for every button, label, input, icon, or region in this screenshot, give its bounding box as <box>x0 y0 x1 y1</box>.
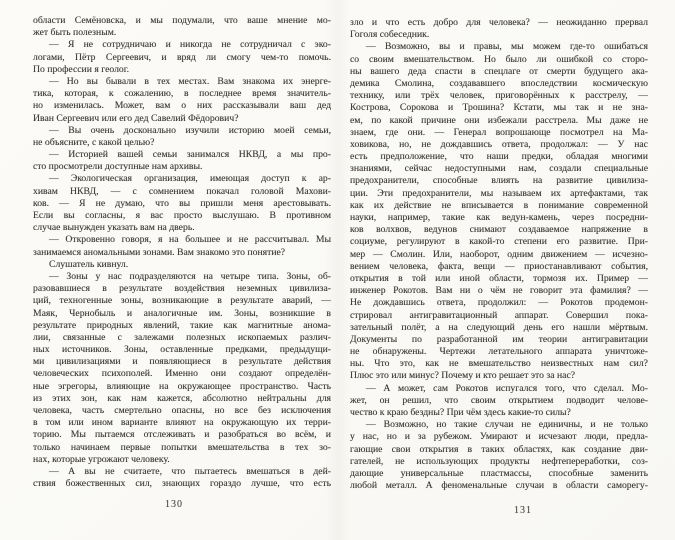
text-line: ем, по какой причине они избежали расстр… <box>350 115 648 127</box>
text-line: вением человека, факта, вещи — приостана… <box>350 261 648 273</box>
text-line: зло и что есть добро для человека? — нео… <box>350 17 648 29</box>
text-line: — Экологическая организация, имеющая дос… <box>33 173 331 185</box>
text-line: любой металл. А феноменальные случаи в о… <box>350 480 648 492</box>
text-line: чество к краю бездны? При чём здесь каки… <box>350 407 648 419</box>
text-line: — Зоны у нас подразделяются на четыре ти… <box>33 271 331 283</box>
text-line: Документы по разработанной им теории ант… <box>350 334 648 346</box>
text-line: По профессии я геолог. <box>33 64 331 76</box>
text-line: — Возможно, но такие случаи не единичны,… <box>350 419 648 431</box>
text-line: социуме, регулируют в какой-то степени е… <box>350 236 648 248</box>
text-line: ные эгрегоры, влияющие на окружающее про… <box>33 381 331 393</box>
text-line: человеческих психополей. Именно они созд… <box>33 368 331 380</box>
text-line: открытия в той или иной области, тормозя… <box>350 273 648 285</box>
text-line: ми цивилизациями и появляющиеся в резуль… <box>33 356 331 368</box>
text-line: предохранители, способные влиять на разв… <box>350 175 648 187</box>
text-line: ховикова, но, не дождавшись ответа, прод… <box>350 139 648 151</box>
text-line: — А может, сам Рокотов испугался того, ч… <box>350 383 648 395</box>
text-line: торию. Мы пытаемся отслеживать и разобра… <box>33 429 331 441</box>
text-line: лии, связанные с залежами полезных ископ… <box>33 332 331 344</box>
text-line: со своим вмешательством. Но было ли ошиб… <box>350 54 648 66</box>
text-line: инженер Рокотов. Вам ни о чём не говорит… <box>350 285 648 297</box>
text-line: стрировал антигравитационный аппарат. Со… <box>350 310 648 322</box>
left-page-text-block: области Семёновска, и мы подумали, что в… <box>33 15 331 490</box>
book-spread: области Семёновска, и мы подумали, что в… <box>0 0 675 540</box>
text-line: как их действие не вписывается в пониман… <box>350 200 648 212</box>
text-line: жет быть полезным. <box>33 27 331 39</box>
text-line: науки, например, такие как ведун-камень,… <box>350 212 648 224</box>
text-line: зательный полёт, а на следующий день его… <box>350 322 648 334</box>
text-line: из этих зон, как нам кажется, абсолютно … <box>33 393 331 405</box>
text-line: ны вашего деда спасти в спецлаге от смер… <box>350 66 648 78</box>
text-line: — Вы очень досконально изучили историю м… <box>33 125 331 137</box>
text-line: — Откровенно говоря, я на большее и не р… <box>33 234 331 246</box>
text-line: ций, техногенные зоны, возникающие в рез… <box>33 295 331 307</box>
text-line: не обнаружены. Чертежи летательного аппа… <box>350 346 648 358</box>
text-line: Плюс это или минус? Почему и кто решает … <box>350 370 648 382</box>
text-line: ции. Эти предохранители, мы называем их … <box>350 188 648 200</box>
text-line: гающие свои открытия в таких областях, к… <box>350 444 648 456</box>
text-line: мер — Смолин. Или, наоборот, одним движе… <box>350 249 648 261</box>
text-line: дающие универсальные пластмассы, способн… <box>350 468 648 480</box>
text-line: жет, он решил, что своим открытием подво… <box>350 395 648 407</box>
text-line: — Но вы бывали в тех местах. Вам знакома… <box>33 76 331 88</box>
text-line: гателей, не использующих продукты нефтеп… <box>350 456 648 468</box>
text-line: ков волхвов, ведунов снимают создаваемое… <box>350 224 648 236</box>
left-page-number: 130 <box>25 499 323 510</box>
text-line: Кострова, Сорокова и Трошина? Кстати, мы… <box>350 102 648 114</box>
text-line: области Семёновска, и мы подумали, что в… <box>33 15 331 27</box>
text-line: в том или ином варианте влияют на окружа… <box>33 417 331 429</box>
text-line: знаем, где они. — Генерал вопрошающе пос… <box>350 127 648 139</box>
text-line: Гоголя собеседник. <box>350 29 648 41</box>
text-line: нах, которые угрожают человеку. <box>33 454 331 466</box>
text-line: разовавшиеся в результате воздействия не… <box>33 283 331 295</box>
text-line: — Историей вашей семьи занимался НКВД, а… <box>33 149 331 161</box>
text-line: ны. Что это, как не вмешательство неизве… <box>350 358 648 370</box>
text-line: хивам НКВД, — с сомнением покачал голово… <box>33 186 331 198</box>
text-line: Иван Сергеевич или его дед Савелий Фёдор… <box>33 113 331 125</box>
text-line: знаниями, сейчас недоступными нам, созда… <box>350 163 648 175</box>
text-line: случае вынужден указать вам на дверь. <box>33 222 331 234</box>
text-line: — Я не сотрудничаю и никогда не сотрудни… <box>33 39 331 51</box>
text-line: — Возможно, вы и правы, мы можем где-то … <box>350 41 648 53</box>
text-line: технику, или трёх человек, приговорённых… <box>350 90 648 102</box>
text-line: Маяк, Чернобыль и аналогичные им. Зоны, … <box>33 308 331 320</box>
text-line: ков. — Я не думаю, что вы пришли меня ар… <box>33 198 331 210</box>
text-line: — А вы не считаете, что пытаетесь вмешат… <box>33 466 331 478</box>
text-line: логами, Пётр Сергеевич, и вряд ли смогу … <box>33 52 331 64</box>
text-line: демика Смолина, создававшего впоследстви… <box>350 78 648 90</box>
text-line: сто просмотрели доступные нам архивы. <box>33 161 331 173</box>
text-line: есть предположение, что наши предки, обл… <box>350 151 648 163</box>
text-line: тика, которая, к сожалению, в последнее … <box>33 88 331 100</box>
text-line: ствия божественных сил, знающих гораздо … <box>33 478 331 490</box>
text-line: занимаемся аномальными зонами. Вам знако… <box>33 247 331 259</box>
text-line: но изменилась. Может, вам о них рассказы… <box>33 100 331 112</box>
text-line: не объясните, с какой целью? <box>33 137 331 149</box>
text-line: результате природных явлений, такие как … <box>33 320 331 332</box>
text-line: Если вы согласны, я вас просто выслушаю.… <box>33 210 331 222</box>
right-page-number: 131 <box>374 505 672 516</box>
text-line: у нас, но и за рубежом. Умирают и исчеза… <box>350 431 648 443</box>
text-line: только начинаем первые попытки вмешатель… <box>33 442 331 454</box>
right-page-text-block: зло и что есть добро для человека? — нео… <box>350 17 648 492</box>
text-line: Слушатель кивнул. <box>33 259 331 271</box>
text-line: Не дождавшись ответа, продолжил: — Рокот… <box>350 297 648 309</box>
text-line: ных источников. Зоны, оставленные предка… <box>33 344 331 356</box>
text-line: человека, часть смертельно опасны, но вс… <box>33 405 331 417</box>
